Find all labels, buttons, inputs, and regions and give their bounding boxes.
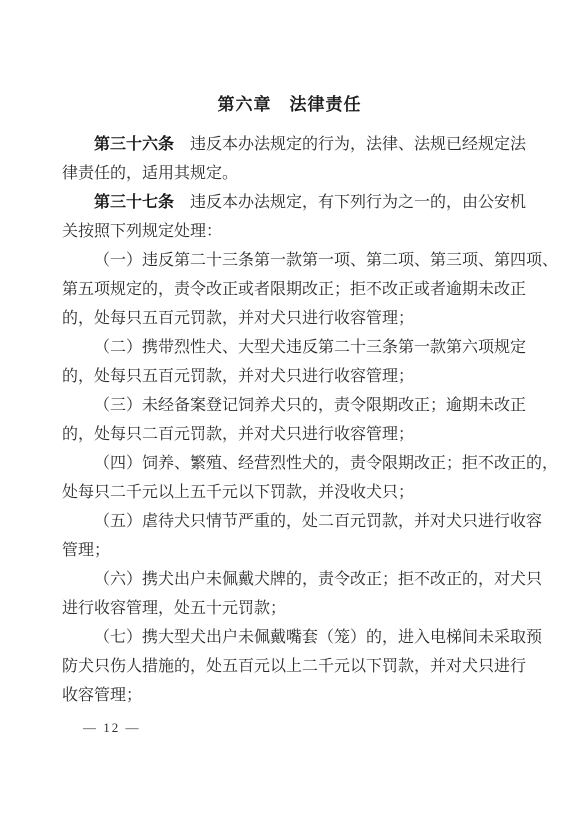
line-text: （三）未经备案登记饲养犬只的，责令限期改正；逾期未改正 — [94, 397, 526, 414]
line-text: 关按照下列规定处理： — [62, 223, 222, 240]
paragraph-line: 的，处每只五百元罚款，并对犬只进行收容管理； — [62, 362, 514, 391]
line-text: 律责任的，适用其规定。 — [62, 165, 238, 182]
line-text: 的，处每只五百元罚款，并对犬只进行收容管理； — [62, 310, 414, 327]
line-text: （二）携带烈性犬、大型犬违反第二十三条第一款第六项规定 — [94, 339, 526, 356]
paragraph-line: 律责任的，适用其规定。 — [62, 159, 514, 188]
line-text: （六）携犬出户未佩戴犬牌的，责令改正；拒不改正的，对犬只 — [94, 571, 542, 588]
line-text: 管理； — [62, 542, 110, 559]
line-text: 进行收容管理，处五十元罚款； — [62, 600, 286, 617]
line-text: 违反本办法规定的行为，法律、法规已经规定法 — [174, 136, 526, 153]
paragraph-line: （五）虐待犬只情节严重的，处二百元罚款，并对犬只进行收容 — [62, 507, 514, 536]
line-text: 违反本办法规定，有下列行为之一的，由公安机 — [174, 194, 526, 211]
line-text: 的，处每只二百元罚款，并对犬只进行收容管理； — [62, 426, 414, 443]
paragraph-line: （二）携带烈性犬、大型犬违反第二十三条第一款第六项规定 — [62, 333, 514, 362]
line-text: 收容管理； — [62, 687, 142, 704]
line-text: （五）虐待犬只情节严重的，处二百元罚款，并对犬只进行收容 — [94, 513, 542, 530]
line-text: 第五项规定的，责令改正或者限期改正；拒不改正或者逾期未改正 — [62, 281, 526, 298]
paragraph-line: （三）未经备案登记饲养犬只的，责令限期改正；逾期未改正 — [62, 391, 514, 420]
paragraph-line: 处每只二千元以上五千元以下罚款，并没收犬只； — [62, 478, 514, 507]
line-text: （一）违反第二十三条第一款第一项、第二项、第三项、第四项、 — [94, 252, 558, 269]
paragraph-line: 第三十六条 违反本办法规定的行为，法律、法规已经规定法 — [62, 130, 514, 159]
document-body: 第三十六条 违反本办法规定的行为，法律、法规已经规定法 律责任的，适用其规定。 … — [62, 130, 514, 710]
paragraph-line: 第五项规定的，责令改正或者限期改正；拒不改正或者逾期未改正 — [62, 275, 514, 304]
paragraph-line: 关按照下列规定处理： — [62, 217, 514, 246]
line-text: （四）饲养、繁殖、经营烈性犬的，责令限期改正；拒不改正的， — [94, 455, 558, 472]
document-page: 第六章 法律责任 第三十六条 违反本办法规定的行为，法律、法规已经规定法 律责任… — [0, 0, 579, 817]
paragraph-line: （七）携大型犬出户未佩戴嘴套（笼）的，进入电梯间未采取预 — [62, 623, 514, 652]
paragraph-line: 第三十七条 违反本办法规定，有下列行为之一的，由公安机 — [62, 188, 514, 217]
paragraph-line: 的，处每只五百元罚款，并对犬只进行收容管理； — [62, 304, 514, 333]
paragraph-line: （四）饲养、繁殖、经营烈性犬的，责令限期改正；拒不改正的， — [62, 449, 514, 478]
line-text: 的，处每只五百元罚款，并对犬只进行收容管理； — [62, 368, 414, 385]
paragraph-line: 收容管理； — [62, 681, 514, 710]
chapter-title: 第六章 法律责任 — [0, 90, 579, 115]
line-text: 防犬只伤人措施的，处五百元以上二千元以下罚款，并对犬只进行 — [62, 658, 526, 675]
paragraph-line: 进行收容管理，处五十元罚款； — [62, 594, 514, 623]
line-text: （七）携大型犬出户未佩戴嘴套（笼）的，进入电梯间未采取预 — [94, 629, 542, 646]
article-number: 第三十七条 — [94, 194, 174, 211]
article-number: 第三十六条 — [94, 136, 174, 153]
page-number: — 12 — — [83, 720, 141, 736]
paragraph-line: （一）违反第二十三条第一款第一项、第二项、第三项、第四项、 — [62, 246, 514, 275]
line-text: 处每只二千元以上五千元以下罚款，并没收犬只； — [62, 484, 414, 501]
paragraph-line: 防犬只伤人措施的，处五百元以上二千元以下罚款，并对犬只进行 — [62, 652, 514, 681]
paragraph-line: 的，处每只二百元罚款，并对犬只进行收容管理； — [62, 420, 514, 449]
paragraph-line: （六）携犬出户未佩戴犬牌的，责令改正；拒不改正的，对犬只 — [62, 565, 514, 594]
paragraph-line: 管理； — [62, 536, 514, 565]
